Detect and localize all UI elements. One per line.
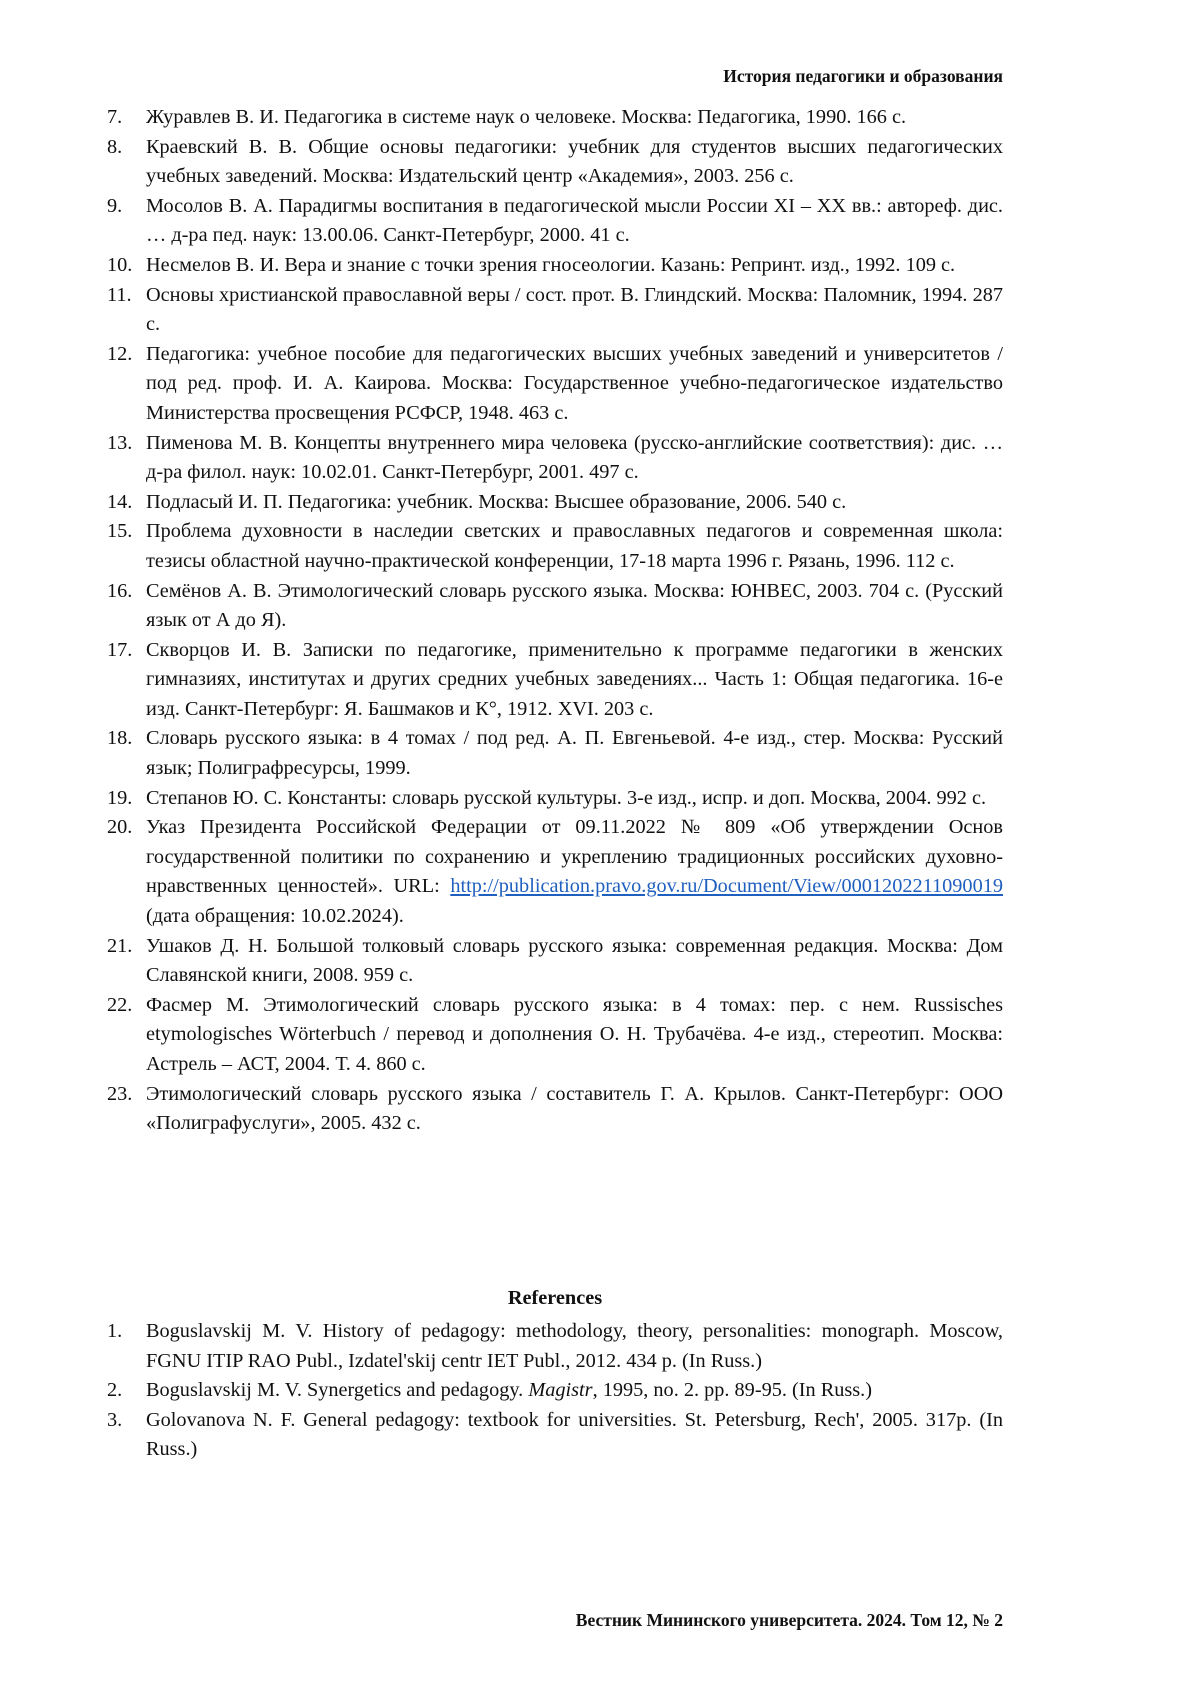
- reference-item: 2.Boguslavskij M. V. Synergetics and ped…: [107, 1376, 1003, 1406]
- reference-number: 16.: [107, 577, 132, 607]
- reference-text: Подласый И. П. Педагогика: учебник. Моск…: [146, 491, 846, 513]
- reference-text: Краевский В. В. Общие основы педагогики:…: [146, 136, 1003, 188]
- reference-text: Словарь русского языка: в 4 томах / под …: [146, 727, 1003, 779]
- reference-item: 14.Подласый И. П. Педагогика: учебник. М…: [107, 488, 1003, 518]
- reference-item: 13.Пименова М. В. Концепты внутреннего м…: [107, 429, 1003, 488]
- english-reference-list: 1.Boguslavskij M. V. History of pedagogy…: [107, 1317, 1003, 1465]
- reference-item: 11.Основы христианской православной веры…: [107, 281, 1003, 340]
- reference-text: Пименова М. В. Концепты внутреннего мира…: [146, 432, 1003, 484]
- reference-number: 22.: [107, 991, 132, 1021]
- reference-item: 23.Этимологический словарь русского язык…: [107, 1080, 1003, 1139]
- reference-number: 2.: [107, 1376, 122, 1406]
- reference-text: Golovanova N. F. General pedagogy: textb…: [146, 1409, 1003, 1461]
- reference-item: 17.Скворцов И. В. Записки по педагогике,…: [107, 636, 1003, 725]
- reference-item: 1.Boguslavskij M. V. History of pedagogy…: [107, 1317, 1003, 1376]
- reference-text: Фасмер М. Этимологический словарь русско…: [146, 994, 1003, 1075]
- running-header: История педагогики и образования: [723, 66, 1003, 87]
- reference-text: Степанов Ю. С. Константы: словарь русско…: [146, 787, 986, 809]
- reference-number: 20.: [107, 813, 132, 843]
- reference-item: 21.Ушаков Д. Н. Большой толковый словарь…: [107, 932, 1003, 991]
- reference-number: 7.: [107, 103, 122, 133]
- reference-text: Ушаков Д. Н. Большой толковый словарь ру…: [146, 935, 1003, 987]
- reference-number: 21.: [107, 932, 132, 962]
- reference-number: 17.: [107, 636, 132, 666]
- reference-number: 15.: [107, 517, 132, 547]
- reference-text: Этимологический словарь русского языка /…: [146, 1083, 1003, 1135]
- reference-url-link[interactable]: http://publication.pravo.gov.ru/Document…: [450, 875, 1003, 897]
- reference-item: 20.Указ Президента Российской Федерации …: [107, 813, 1003, 931]
- reference-text: Журавлев В. И. Педагогика в системе наук…: [146, 106, 906, 128]
- reference-text: Основы христианской православной веры / …: [146, 284, 1003, 336]
- reference-text-after: , 1995, no. 2. pp. 89-95. (In Russ.): [593, 1379, 872, 1401]
- reference-text: Boguslavskij M. V. History of pedagogy: …: [146, 1320, 1003, 1372]
- reference-item: 8.Краевский В. В. Общие основы педагогик…: [107, 133, 1003, 192]
- reference-item: 9.Мосолов В. А. Парадигмы воспитания в п…: [107, 192, 1003, 251]
- reference-text: Семёнов А. В. Этимологический словарь ру…: [146, 580, 1003, 632]
- reference-item: 3.Golovanova N. F. General pedagogy: tex…: [107, 1406, 1003, 1465]
- reference-text: Мосолов В. А. Парадигмы воспитания в пед…: [146, 195, 1003, 247]
- russian-reference-list: 7.Журавлев В. И. Педагогика в системе на…: [107, 103, 1003, 1139]
- reference-item: 10.Несмелов В. И. Вера и знание с точки …: [107, 251, 1003, 281]
- reference-number: 18.: [107, 724, 132, 754]
- references-heading: References: [0, 1287, 1110, 1310]
- running-footer: Вестник Мининского университета. 2024. Т…: [576, 1610, 1003, 1631]
- reference-text: Несмелов В. И. Вера и знание с точки зре…: [146, 254, 955, 276]
- reference-number: 1.: [107, 1317, 122, 1347]
- reference-text-after: (дата обращения: 10.02.2024).: [146, 905, 404, 927]
- reference-number: 8.: [107, 133, 122, 163]
- reference-text: Проблема духовности в наследии светских …: [146, 520, 1003, 572]
- reference-item: 16.Семёнов А. В. Этимологический словарь…: [107, 577, 1003, 636]
- reference-item: 12.Педагогика: учебное пособие для педаг…: [107, 340, 1003, 429]
- reference-number: 3.: [107, 1406, 122, 1436]
- reference-text: Boguslavskij M. V. Synergetics and pedag…: [146, 1379, 528, 1401]
- reference-number: 23.: [107, 1080, 132, 1110]
- reference-text: Педагогика: учебное пособие для педагоги…: [146, 343, 1003, 424]
- reference-item: 22.Фасмер М. Этимологический словарь рус…: [107, 991, 1003, 1080]
- reference-item: 7.Журавлев В. И. Педагогика в системе на…: [107, 103, 1003, 133]
- reference-text: Скворцов И. В. Записки по педагогике, пр…: [146, 639, 1003, 720]
- reference-item: 15.Проблема духовности в наследии светск…: [107, 517, 1003, 576]
- reference-item: 18.Словарь русского языка: в 4 томах / п…: [107, 724, 1003, 783]
- reference-number: 14.: [107, 488, 132, 518]
- reference-number: 13.: [107, 429, 132, 459]
- journal-title: Magistr: [528, 1379, 592, 1401]
- reference-number: 10.: [107, 251, 132, 281]
- reference-number: 11.: [107, 281, 132, 311]
- reference-item: 19.Степанов Ю. С. Константы: словарь рус…: [107, 784, 1003, 814]
- reference-number: 19.: [107, 784, 132, 814]
- reference-number: 9.: [107, 192, 122, 222]
- reference-number: 12.: [107, 340, 132, 370]
